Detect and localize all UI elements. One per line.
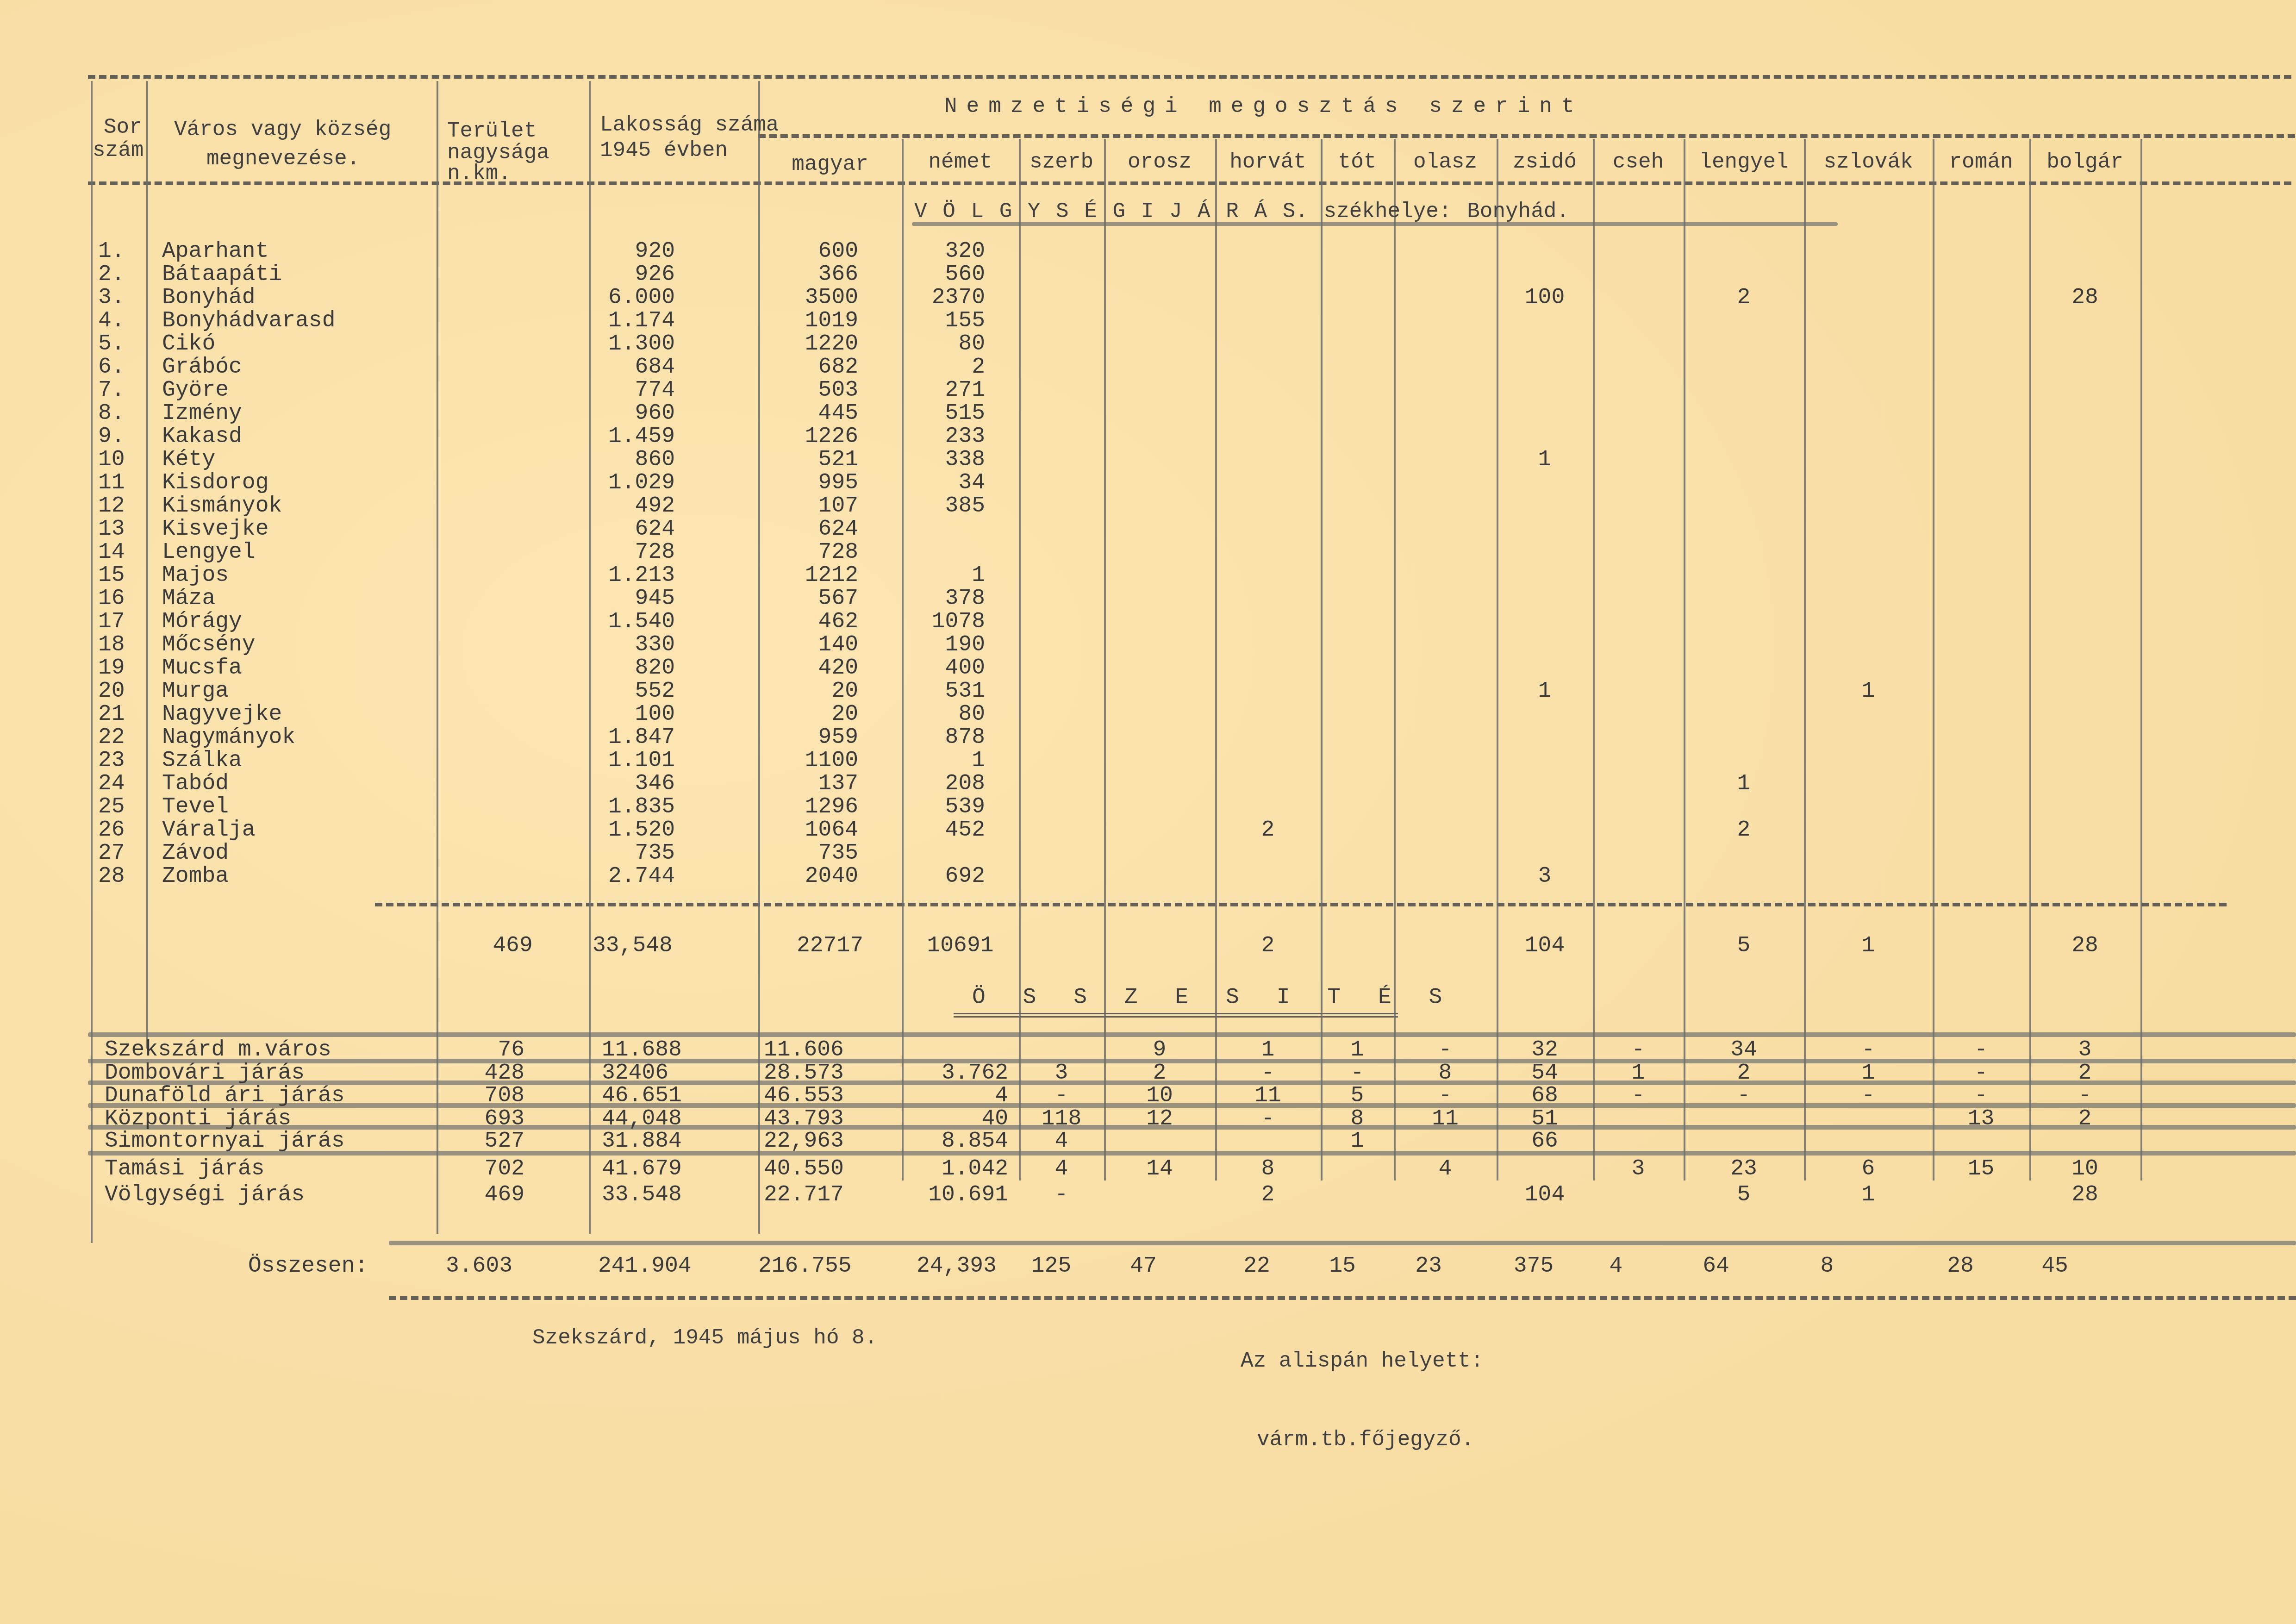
district-olasz: 4 xyxy=(1394,1157,1497,1181)
district-orosz: 2 xyxy=(1104,1062,1215,1085)
nemet-count: 2370 xyxy=(902,286,985,309)
district-roman: 13 xyxy=(1933,1107,2029,1131)
total-lak: 241.904 xyxy=(598,1255,692,1278)
nemet-count: 452 xyxy=(902,818,985,842)
district-horvat: 1 xyxy=(1215,1038,1321,1062)
nemet-count: 80 xyxy=(902,332,985,356)
magyar-count: 1220 xyxy=(758,332,858,356)
magyar-count: 140 xyxy=(758,633,858,656)
district-area: 428 xyxy=(437,1062,524,1085)
header-lakossag-line2: 1945 évben xyxy=(600,139,728,162)
district-bolgar: 2 xyxy=(2029,1107,2140,1131)
district-olasz: 8 xyxy=(1394,1062,1497,1085)
village-name: Györe xyxy=(162,379,229,402)
population: 346 xyxy=(589,772,675,795)
district-roman: - xyxy=(1933,1062,2029,1085)
district-cseh: - xyxy=(1593,1084,1684,1107)
district-tot: 8 xyxy=(1321,1107,1394,1131)
total-top-rule xyxy=(389,1241,2296,1245)
population: 1.300 xyxy=(589,332,675,356)
magyar-count: 995 xyxy=(758,471,858,494)
district-area: 702 xyxy=(437,1157,524,1181)
district-orosz: 9 xyxy=(1104,1038,1215,1062)
zsido-count: 1 xyxy=(1497,448,1593,471)
district-szlovak: 1 xyxy=(1804,1062,1933,1085)
subtotal-lengyel: 5 xyxy=(1684,934,1804,957)
district-magyar: 28.573 xyxy=(764,1062,844,1085)
village-name: Izmény xyxy=(162,402,242,425)
header-terulet-line1: Terület xyxy=(447,119,537,143)
population: 2.744 xyxy=(589,865,675,888)
header-col-szlovak: szlovák xyxy=(1804,150,1933,174)
district-tot: 1 xyxy=(1321,1130,1394,1153)
district-nemet: 4 xyxy=(902,1084,1008,1107)
col-line-12 xyxy=(1593,139,1595,1181)
village-name: Máza xyxy=(162,587,215,610)
bolgar-count: 28 xyxy=(2029,286,2140,309)
district-lengyel: - xyxy=(1684,1084,1804,1107)
district-zsido: 66 xyxy=(1497,1130,1593,1153)
magyar-count: 728 xyxy=(758,541,858,564)
subtotal-szlovak: 1 xyxy=(1804,934,1933,957)
district-cseh: 1 xyxy=(1593,1062,1684,1085)
village-name: Bonyhádvarasd xyxy=(162,309,335,332)
district-szlovak: - xyxy=(1804,1038,1933,1062)
district-cseh: 3 xyxy=(1593,1157,1684,1181)
summary-rule-5 xyxy=(88,1151,2296,1156)
population: 774 xyxy=(589,379,675,402)
nemet-count: 539 xyxy=(902,795,985,818)
zsido-count: 1 xyxy=(1497,680,1593,703)
village-name: Murga xyxy=(162,680,229,703)
row-number: 22 xyxy=(98,726,125,749)
district-cseh: - xyxy=(1593,1038,1684,1062)
population: 1.540 xyxy=(589,610,675,633)
row-number: 1. xyxy=(98,240,125,263)
col-line-7 xyxy=(1104,139,1106,1181)
magyar-count: 959 xyxy=(758,726,858,749)
total-olasz: 23 xyxy=(1394,1255,1463,1278)
horvat-count: 2 xyxy=(1215,818,1321,842)
row-number: 8. xyxy=(98,402,125,425)
magyar-count: 1100 xyxy=(758,749,858,772)
district-bolgar: - xyxy=(2029,1084,2140,1107)
village-name: Kéty xyxy=(162,448,215,471)
district-horvat: 11 xyxy=(1215,1084,1321,1107)
nemet-count: 338 xyxy=(902,448,985,471)
row-number: 28 xyxy=(98,865,125,888)
village-name: Bátaapáti xyxy=(162,263,282,286)
row-number: 10 xyxy=(98,448,125,471)
nationality-header-rule xyxy=(758,134,2295,138)
population: 330 xyxy=(589,633,675,656)
subtotal-rule xyxy=(375,903,2227,906)
village-name: Váralja xyxy=(162,818,256,842)
row-number: 5. xyxy=(98,332,125,356)
district-magyar: 22,963 xyxy=(764,1130,844,1153)
magyar-count: 2040 xyxy=(758,865,858,888)
row-number: 16 xyxy=(98,587,125,610)
nemet-count: 1078 xyxy=(902,610,985,633)
subtotal-zsido: 104 xyxy=(1497,934,1593,957)
district-zsido: 51 xyxy=(1497,1107,1593,1131)
row-number: 3. xyxy=(98,286,125,309)
village-name: Mórágy xyxy=(162,610,242,633)
header-col-magyar: magyar xyxy=(758,153,902,176)
district-nemet: 1.042 xyxy=(902,1157,1008,1181)
magyar-count: 735 xyxy=(758,842,858,865)
nemet-count: 2 xyxy=(902,356,985,379)
row-number: 9. xyxy=(98,425,125,448)
district-olasz: 11 xyxy=(1394,1107,1497,1131)
population: 684 xyxy=(589,356,675,379)
nemet-count: 378 xyxy=(902,587,985,610)
magyar-count: 503 xyxy=(758,379,858,402)
district-name: Tamási járás xyxy=(105,1157,265,1181)
row-number: 17 xyxy=(98,610,125,633)
district-population: 31.884 xyxy=(602,1130,682,1153)
village-name: Kisvejke xyxy=(162,518,268,541)
lengyel-count: 2 xyxy=(1684,818,1804,842)
district-name: Völgységi járás xyxy=(105,1183,305,1206)
total-terulet: 3.603 xyxy=(446,1255,512,1278)
population: 1.459 xyxy=(589,425,675,448)
total-lengyel: 64 xyxy=(1684,1255,1748,1278)
header-col-bolgar: bolgár xyxy=(2029,150,2140,174)
row-number: 12 xyxy=(98,494,125,518)
col-line-1 xyxy=(146,81,148,1049)
header-szam: szám xyxy=(93,139,143,162)
nemet-count: 1 xyxy=(902,749,985,772)
header-col-szerb: szerb xyxy=(1019,150,1104,174)
col-line-0 xyxy=(91,81,93,1243)
magyar-count: 3500 xyxy=(758,286,858,309)
section-title: V Ö L G Y S É G I J Á R Á S. székhelye: … xyxy=(914,200,1569,223)
row-number: 6. xyxy=(98,356,125,379)
district-area: 469 xyxy=(437,1183,524,1206)
magyar-count: 600 xyxy=(758,240,858,263)
header-terulet-line3: n.km. xyxy=(447,162,511,185)
district-population: 44,048 xyxy=(602,1107,682,1131)
row-number: 26 xyxy=(98,818,125,842)
district-roman: - xyxy=(1933,1084,2029,1107)
population: 552 xyxy=(589,680,675,703)
magyar-count: 366 xyxy=(758,263,858,286)
header-col-orosz: orosz xyxy=(1104,150,1215,174)
district-name: Központi járás xyxy=(105,1107,291,1131)
col-line-14 xyxy=(1804,139,1806,1181)
district-population: 11.688 xyxy=(602,1038,682,1062)
district-nemet: 8.854 xyxy=(902,1130,1008,1153)
village-name: Bonyhád xyxy=(162,286,256,309)
row-number: 20 xyxy=(98,680,125,703)
population: 735 xyxy=(589,842,675,865)
population: 820 xyxy=(589,656,675,680)
district-tot: 1 xyxy=(1321,1038,1394,1062)
district-name: Dombovári járás xyxy=(105,1062,305,1085)
magyar-count: 1226 xyxy=(758,425,858,448)
col-line-6 xyxy=(1019,139,1021,1181)
village-name: Kismányok xyxy=(162,494,282,518)
population: 728 xyxy=(589,541,675,564)
header-col-lengyel: lengyel xyxy=(1684,150,1804,174)
district-bolgar: 3 xyxy=(2029,1038,2140,1062)
header-bottom-rule xyxy=(88,181,2291,185)
population: 1.029 xyxy=(589,471,675,494)
magyar-count: 1296 xyxy=(758,795,858,818)
total-zsido: 375 xyxy=(1497,1255,1571,1278)
village-name: Nagyvejke xyxy=(162,703,282,726)
district-area: 708 xyxy=(437,1084,524,1107)
district-nemet: 3.762 xyxy=(902,1062,1008,1085)
nemet-count: 1 xyxy=(902,564,985,587)
zsido-count: 3 xyxy=(1497,865,1593,888)
row-number: 18 xyxy=(98,633,125,656)
village-name: Tevel xyxy=(162,795,229,818)
col-line-17 xyxy=(2140,139,2142,1181)
district-population: 32406 xyxy=(602,1062,668,1085)
district-szlovak: 6 xyxy=(1804,1157,1933,1181)
row-number: 25 xyxy=(98,795,125,818)
village-name: Zomba xyxy=(162,865,229,888)
magyar-count: 682 xyxy=(758,356,858,379)
district-magyar: 11.606 xyxy=(764,1038,844,1062)
total-nemet: 24,393 xyxy=(917,1255,997,1278)
subtotal-magyar: 22717 xyxy=(758,934,902,957)
magyar-count: 137 xyxy=(758,772,858,795)
village-name: Majos xyxy=(162,564,229,587)
header-col-olasz: olasz xyxy=(1394,150,1497,174)
nemet-count: 80 xyxy=(902,703,985,726)
subtotal-bolgar: 28 xyxy=(2029,934,2140,957)
lengyel-count: 1 xyxy=(1684,772,1804,795)
footer-title: várm.tb.főjegyző. xyxy=(1257,1428,1474,1451)
header-nemzetisegi: Nemzetiségi megosztás szerint xyxy=(944,95,1584,118)
lengyel-count: 2 xyxy=(1684,286,1804,309)
col-line-15 xyxy=(1933,139,1934,1181)
district-horvat: 8 xyxy=(1215,1157,1321,1181)
total-roman: 28 xyxy=(1933,1255,1988,1278)
magyar-count: 462 xyxy=(758,610,858,633)
magyar-count: 20 xyxy=(758,680,858,703)
district-zsido: 32 xyxy=(1497,1038,1593,1062)
header-col-cseh: cseh xyxy=(1593,150,1684,174)
magyar-count: 624 xyxy=(758,518,858,541)
header-col-horvat: horvát xyxy=(1215,150,1321,174)
header-col-tot: tót xyxy=(1321,150,1394,174)
magyar-count: 420 xyxy=(758,656,858,680)
district-name: Simontornyai járás xyxy=(105,1130,344,1153)
population: 1.520 xyxy=(589,818,675,842)
district-szerb: - xyxy=(1019,1084,1104,1107)
top-rule xyxy=(88,75,2291,79)
footer-place-date: Szekszárd, 1945 május hó 8. xyxy=(532,1326,877,1349)
district-orosz: 10 xyxy=(1104,1084,1215,1107)
subtotal-lakossag: 33,548 xyxy=(593,934,673,957)
header-terulet-line2: nagysága xyxy=(447,141,549,164)
village-name: Lengyel xyxy=(162,541,256,564)
nemet-count: 531 xyxy=(902,680,985,703)
magyar-count: 567 xyxy=(758,587,858,610)
total-tot: 15 xyxy=(1310,1255,1375,1278)
population: 624 xyxy=(589,518,675,541)
village-name: Kakasd xyxy=(162,425,242,448)
total-bolgar: 45 xyxy=(2029,1255,2080,1278)
district-population: 46.651 xyxy=(602,1084,682,1107)
row-number: 27 xyxy=(98,842,125,865)
magyar-count: 20 xyxy=(758,703,858,726)
district-orosz: 12 xyxy=(1104,1107,1215,1131)
header-lakossag-line1: Lakosság száma xyxy=(600,113,779,137)
district-lengyel: 23 xyxy=(1684,1157,1804,1181)
subtotal-terulet: 469 xyxy=(437,934,589,957)
population: 1.213 xyxy=(589,564,675,587)
nemet-count: 208 xyxy=(902,772,985,795)
district-szlovak: 1 xyxy=(1804,1183,1933,1206)
village-name: Závod xyxy=(162,842,229,865)
district-horvat: - xyxy=(1215,1062,1321,1085)
population: 920 xyxy=(589,240,675,263)
total-horvat: 22 xyxy=(1215,1255,1298,1278)
zsido-count: 100 xyxy=(1497,286,1593,309)
footer-signature-line: Az alispán helyett: xyxy=(1241,1349,1484,1373)
village-name: Szálka xyxy=(162,749,242,772)
header-col-nemet: német xyxy=(902,150,1019,174)
population: 960 xyxy=(589,402,675,425)
district-roman: - xyxy=(1933,1038,2029,1062)
szlovak-count: 1 xyxy=(1804,680,1933,703)
population: 860 xyxy=(589,448,675,471)
district-horvat: - xyxy=(1215,1107,1321,1131)
village-name: Nagymányok xyxy=(162,726,295,749)
population: 100 xyxy=(589,703,675,726)
row-number: 2. xyxy=(98,263,125,286)
nemet-count: 155 xyxy=(902,309,985,332)
district-magyar: 46.553 xyxy=(764,1084,844,1107)
header-col-roman: román xyxy=(1933,150,2029,174)
district-horvat: 2 xyxy=(1215,1183,1321,1206)
district-tot: 5 xyxy=(1321,1084,1394,1107)
population: 492 xyxy=(589,494,675,518)
district-area: 76 xyxy=(437,1038,524,1062)
row-number: 24 xyxy=(98,772,125,795)
district-tot: - xyxy=(1321,1062,1394,1085)
total-orosz: 47 xyxy=(1104,1255,1183,1278)
district-olasz: - xyxy=(1394,1038,1497,1062)
total-label: Összesen: xyxy=(248,1255,368,1278)
district-area: 527 xyxy=(437,1130,524,1153)
nemet-count: 385 xyxy=(902,494,985,518)
header-col-zsido: zsidó xyxy=(1497,150,1593,174)
magyar-count: 107 xyxy=(758,494,858,518)
district-zsido: 54 xyxy=(1497,1062,1593,1085)
col-line-8 xyxy=(1215,139,1217,1181)
district-zsido: 104 xyxy=(1497,1183,1593,1206)
district-szerb: - xyxy=(1019,1183,1104,1206)
district-population: 33.548 xyxy=(602,1183,682,1206)
total-szerb: 125 xyxy=(1019,1255,1084,1278)
nemet-count: 271 xyxy=(902,379,985,402)
row-number: 21 xyxy=(98,703,125,726)
header-varos-line2: megnevezése. xyxy=(206,147,360,170)
population: 1.835 xyxy=(589,795,675,818)
district-szerb: 4 xyxy=(1019,1130,1104,1153)
nemet-count: 878 xyxy=(902,726,985,749)
nemet-count: 515 xyxy=(902,402,985,425)
row-number: 13 xyxy=(98,518,125,541)
village-name: Cikó xyxy=(162,332,215,356)
district-lengyel: 5 xyxy=(1684,1183,1804,1206)
row-number: 14 xyxy=(98,541,125,564)
nemet-count: 190 xyxy=(902,633,985,656)
header-varos-line1: Város vagy község xyxy=(174,118,391,141)
total-szlovak: 8 xyxy=(1804,1255,1850,1278)
village-name: Kisdorog xyxy=(162,471,268,494)
district-name: Dunaföld ári járás xyxy=(105,1084,344,1107)
nemet-count: 233 xyxy=(902,425,985,448)
district-szerb: 3 xyxy=(1019,1062,1104,1085)
district-zsido: 68 xyxy=(1497,1084,1593,1107)
row-number: 11 xyxy=(98,471,125,494)
village-name: Grábóc xyxy=(162,356,242,379)
district-lengyel: 34 xyxy=(1684,1038,1804,1062)
district-nemet: 40 xyxy=(902,1107,1008,1131)
summary-rule-0 xyxy=(88,1032,2296,1037)
magyar-count: 1212 xyxy=(758,564,858,587)
population: 1.174 xyxy=(589,309,675,332)
district-orosz: 14 xyxy=(1104,1157,1215,1181)
nemet-count: 560 xyxy=(902,263,985,286)
magyar-count: 445 xyxy=(758,402,858,425)
subtotal-horvat: 2 xyxy=(1215,934,1321,957)
district-szlovak: - xyxy=(1804,1084,1933,1107)
district-population: 41.679 xyxy=(602,1157,682,1181)
row-number: 23 xyxy=(98,749,125,772)
total-cseh: 4 xyxy=(1593,1255,1639,1278)
subtotal-nemet: 10691 xyxy=(902,934,1019,957)
nemet-count: 692 xyxy=(902,865,985,888)
district-magyar: 43.793 xyxy=(764,1107,844,1131)
village-name: Mucsfa xyxy=(162,656,242,680)
district-bolgar: 2 xyxy=(2029,1062,2140,1085)
district-roman: 15 xyxy=(1933,1157,2029,1181)
col-line-10 xyxy=(1394,139,1396,1181)
district-szerb: 4 xyxy=(1019,1157,1104,1181)
population: 1.101 xyxy=(589,749,675,772)
village-name: Mőcsény xyxy=(162,633,256,656)
col-line-9 xyxy=(1321,139,1323,1181)
population: 926 xyxy=(589,263,675,286)
population: 6.000 xyxy=(589,286,675,309)
nemet-count: 34 xyxy=(902,471,985,494)
row-number: 15 xyxy=(98,564,125,587)
total-magyar: 216.755 xyxy=(758,1255,852,1278)
nemet-count: 400 xyxy=(902,656,985,680)
magyar-count: 1019 xyxy=(758,309,858,332)
row-number: 4. xyxy=(98,309,125,332)
population: 1.847 xyxy=(589,726,675,749)
district-szerb: 118 xyxy=(1019,1107,1104,1131)
population: 945 xyxy=(589,587,675,610)
nemet-count: 320 xyxy=(902,240,985,263)
district-nemet: 10.691 xyxy=(902,1183,1008,1206)
district-area: 693 xyxy=(437,1107,524,1131)
header-sor: Sor xyxy=(104,116,142,139)
magyar-count: 521 xyxy=(758,448,858,471)
magyar-count: 1064 xyxy=(758,818,858,842)
row-number: 19 xyxy=(98,656,125,680)
district-olasz: - xyxy=(1394,1084,1497,1107)
